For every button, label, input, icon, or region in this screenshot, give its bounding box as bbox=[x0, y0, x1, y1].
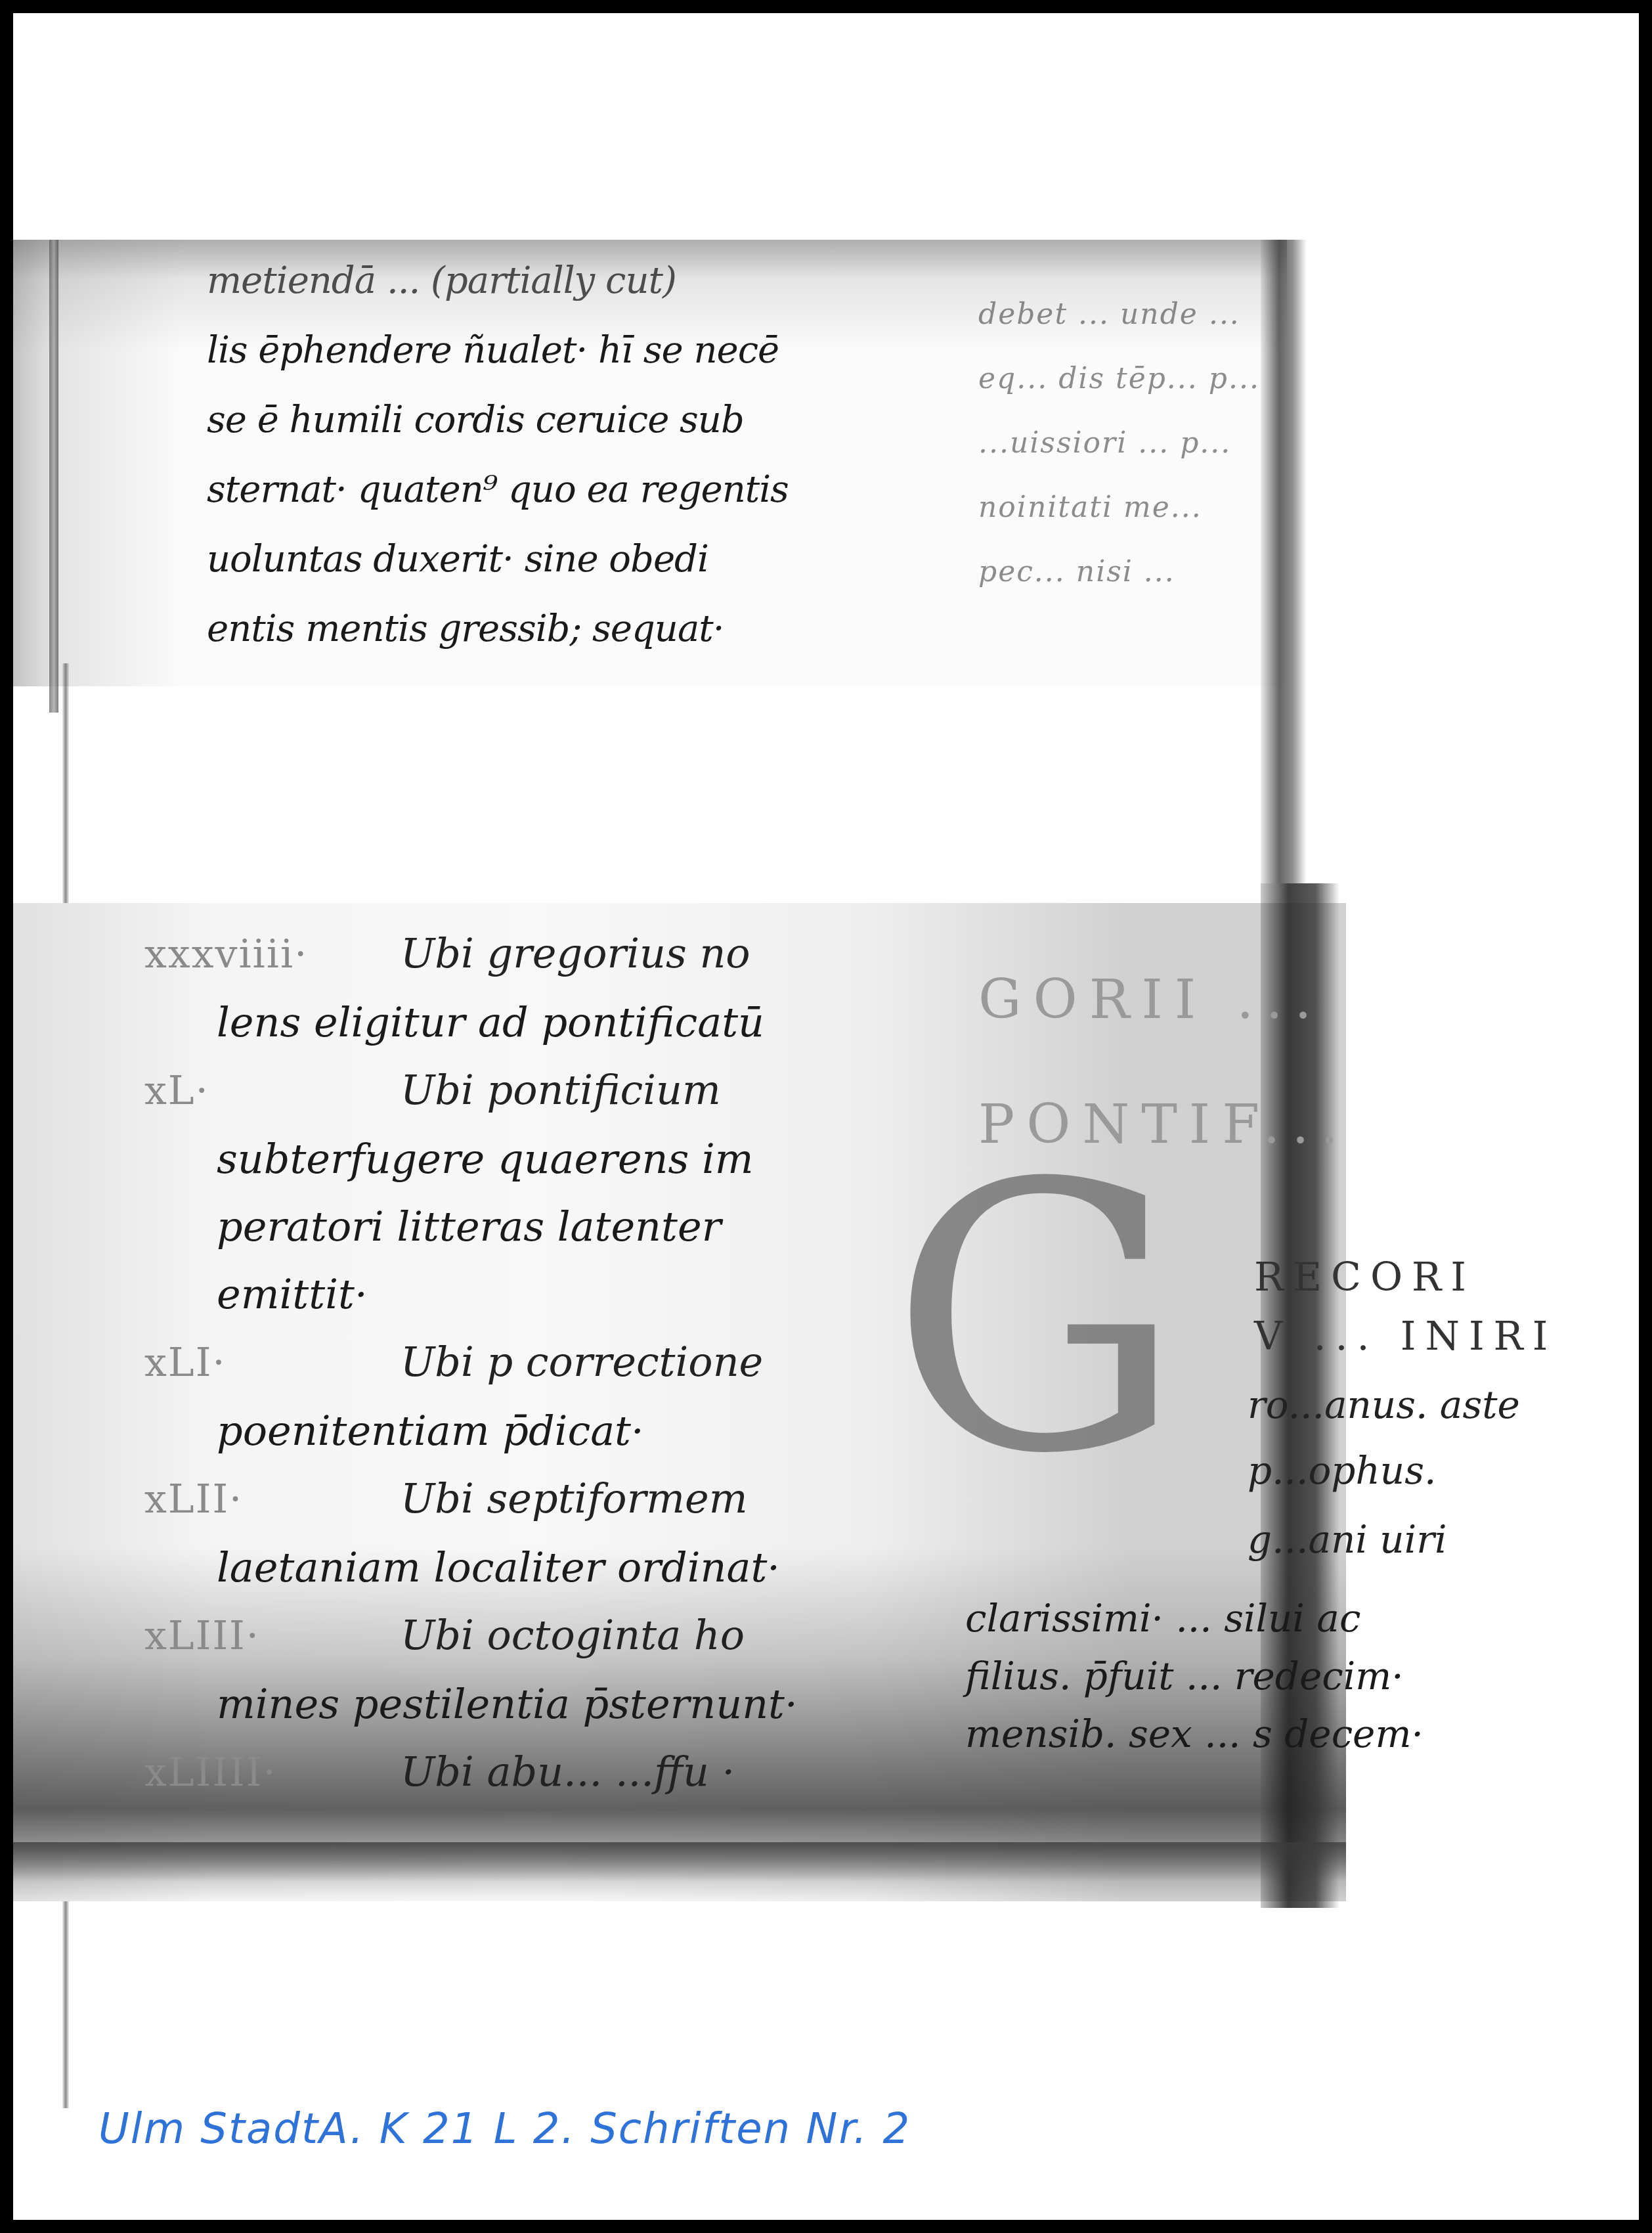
text-line: p...ophus. bbox=[1248, 1448, 1436, 1493]
chapter-numeral: xLI· bbox=[144, 1329, 401, 1397]
chapter-title-cont: peratori litteras latenter bbox=[144, 1193, 798, 1260]
text-line: eq... dis tēp... p... bbox=[978, 347, 1260, 411]
chapter-numeral: xLIII· bbox=[144, 1603, 401, 1670]
text-line: mensib. sex ... s decem· bbox=[965, 1705, 1424, 1763]
chapter-entry: xxxviiii· Ubi gregorius no bbox=[144, 919, 798, 988]
chapter-title: Ubi p correctione bbox=[401, 1328, 763, 1396]
upper-left-text-column: metiendā ... (partially cut) lis ēphende… bbox=[207, 246, 789, 664]
fragment-bottom-edge bbox=[13, 1842, 1346, 1882]
chapter-entry: xLIII· Ubi octoginta ho bbox=[144, 1601, 798, 1670]
chapter-title-cont: lens eligitur ad pontificatū bbox=[144, 988, 798, 1056]
text-line: clarissimi· ... silui ac bbox=[965, 1589, 1424, 1647]
capitals-line: RECORI bbox=[1254, 1254, 1475, 1300]
chapter-entry: xLII· Ubi septiformem bbox=[144, 1465, 798, 1534]
chapter-title-cont: poenitentiam p̄dicat· bbox=[144, 1397, 798, 1465]
text-line: g...ani uiri bbox=[1248, 1517, 1447, 1562]
binding-edge bbox=[49, 240, 58, 713]
chapter-entry: xL· Ubi pontificium bbox=[144, 1056, 798, 1125]
capitals-line: V ... INIRI bbox=[1254, 1314, 1557, 1360]
chapter-numeral: xLII· bbox=[144, 1466, 401, 1534]
text-line: lis ēphendere ñualet· hī se necē bbox=[207, 316, 789, 386]
text-line: ro...anus. aste bbox=[1248, 1382, 1520, 1427]
text-line: filius. p̄fuit ... redecim· bbox=[965, 1647, 1424, 1705]
chapter-entry: xLI· Ubi p correctione bbox=[144, 1328, 798, 1397]
text-line: noinitati me... bbox=[978, 475, 1260, 540]
chapter-numeral: xLIIII· bbox=[144, 1739, 401, 1807]
fold-shadow bbox=[1261, 240, 1307, 883]
text-line: metiendā ... (partially cut) bbox=[207, 246, 789, 316]
chapter-title: Ubi abu... ...ffu · bbox=[401, 1738, 735, 1805]
text-line: entis mentis gressib; sequat· bbox=[207, 594, 789, 664]
archive-signature-annotation: Ulm StadtA. K 21 L 2. Schriften Nr. 2 bbox=[98, 2105, 911, 2154]
upper-right-text-column: debet ... unde ... eq... dis tēp... p...… bbox=[978, 282, 1260, 604]
chapter-numeral: xL· bbox=[144, 1057, 401, 1125]
lower-right-text-column: clarissimi· ... silui ac filius. p̄fuit … bbox=[965, 1589, 1424, 1763]
chapter-title: Ubi octoginta ho bbox=[401, 1601, 745, 1669]
photo-page: metiendā ... (partially cut) lis ēphende… bbox=[13, 13, 1639, 2220]
text-line: se ē humili cordis ceruice sub bbox=[207, 386, 789, 455]
chapter-title-cont: mines pestilentia p̄sternunt· bbox=[144, 1670, 798, 1738]
chapter-title: Ubi septiformem bbox=[401, 1465, 748, 1532]
chapter-numeral: xxxviiii· bbox=[144, 921, 401, 988]
chapter-title-cont: laetaniam localiter ordinat· bbox=[144, 1534, 798, 1601]
chapter-entry: xLIIII· Ubi abu... ...ffu · bbox=[144, 1738, 798, 1807]
text-line: ...uissiori ... p... bbox=[978, 411, 1260, 475]
rubric-line: GORII ... bbox=[978, 969, 1324, 1031]
decorated-initial-letter: G bbox=[890, 1169, 1179, 1471]
chapter-title: Ubi pontificium bbox=[401, 1056, 721, 1124]
text-line: debet ... unde ... bbox=[978, 282, 1260, 347]
chapter-list: xxxviiii· Ubi gregorius no lens eligitur… bbox=[144, 919, 798, 1807]
chapter-title: Ubi gregorius no bbox=[401, 919, 750, 987]
chapter-title-cont: emittit· bbox=[144, 1260, 798, 1328]
text-line: uoluntas duxerit· sine obedi bbox=[207, 525, 789, 594]
text-line: pec... nisi ... bbox=[978, 540, 1260, 604]
chapter-title-cont: subterfugere quaerens im bbox=[144, 1125, 798, 1193]
text-line: sternat· quaten⁹ quo ea regentis bbox=[207, 455, 789, 525]
